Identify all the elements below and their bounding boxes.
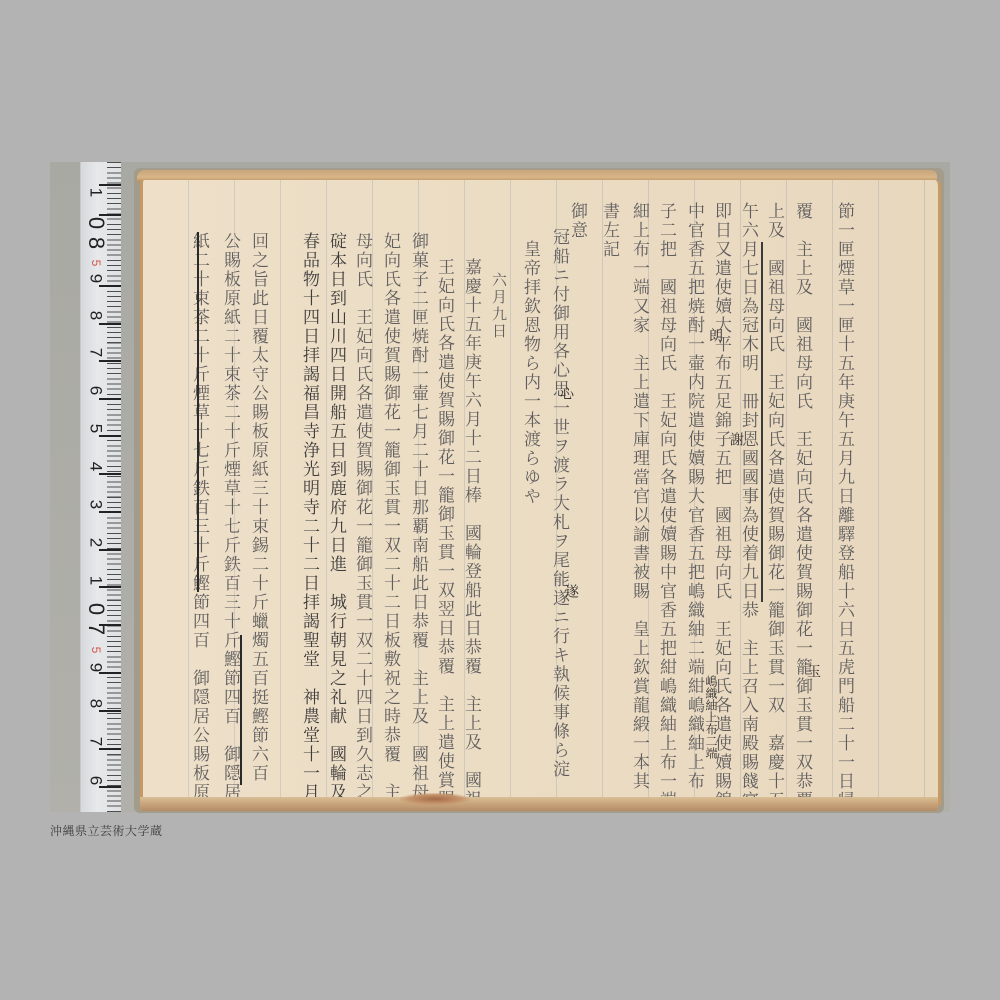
text-column: 春品物十四日拝謁福昌寺浄光明寺二十二日拝謁聖堂 神農堂十一月九日覆 許	[298, 232, 320, 805]
measuring-ruler: 1 0 8 5 9 8 7 6 5 4 3 2 1 0 7 5 9 8 7 6	[80, 162, 121, 812]
ruler-label: 8	[88, 305, 105, 327]
text-column: 冠船ニ付御用各心思一世ヲ渡ラ大札ヲ尾能遂ニ行キ執候事條ら淀	[548, 228, 570, 779]
ruler-label: 9	[88, 657, 105, 679]
text-column: 中官香五把焼酎一壷内院遣使嬻賜大官香五把嶋織紬二端紺嶋織紬上布一端線	[683, 202, 705, 805]
text-column: 午六月七日為冠木明 冊封恩國國事為使着九日恭 主上召入南殿賜餞宴	[737, 202, 759, 805]
annotation: 心	[556, 386, 576, 400]
text-column: 王妃向氏各遣使賀賜御花一籠御玉貫一双翌日恭覆 主上遣使賞賜船中用	[433, 258, 455, 805]
notebook-bottom-edge	[140, 797, 938, 811]
collection-caption: 沖縄県立芸術大学蔵	[50, 822, 163, 839]
ruler-label: 8	[88, 693, 105, 715]
ruler-label: 0	[85, 598, 107, 620]
text-column: 公賜板原紙二十束茶二十斤煙草十七斤鉄百三十斤鰹節四百 御隠居公賜板原	[219, 232, 241, 805]
page-tear	[400, 793, 470, 805]
strikethrough-line	[197, 232, 199, 592]
annotation: 玉	[803, 664, 823, 678]
ruler-label: 8	[85, 232, 107, 254]
ruler-label: 4	[88, 456, 105, 478]
annotation: 朗	[705, 328, 725, 342]
strikethrough-line	[240, 635, 242, 785]
manuscript-page: 節一匣煙草一匣十五年庚午五月九日離驛登船十六日五虎門船二十一日帰國此日恭 覆 主…	[140, 180, 941, 805]
ruler-label: 1	[88, 182, 105, 204]
text-column: 書左記	[598, 202, 620, 259]
ruler-label: 7	[88, 342, 105, 364]
text-column: 上及 國祖母向氏 王妃向氏各遣使賀賜御花一籠御玉貫一双 嘉慶十五年庚	[763, 202, 785, 805]
ruler-label: 7	[85, 618, 107, 640]
text-column: 妃向氏各遣使賀賜御花一籠御玉貫一双二十二日板敷祝之時恭覆 主上及 國祖	[379, 232, 401, 805]
text-column: 節一匣煙草一匣十五年庚午五月九日離驛登船十六日五虎門船二十一日帰國此日恭	[833, 202, 855, 805]
text-column: 子二把 國祖母向氏 王妃向氏各遣使嬻賜中官香五把紺嶋織紬上布一端嶋織	[655, 202, 677, 805]
ruler-label: 6	[88, 770, 105, 792]
ruler-label: 2	[88, 532, 105, 554]
annotation: 謝	[726, 432, 746, 446]
ruler-label: 5	[88, 418, 105, 440]
text-column: 覆 主上及 國祖母向氏 王妃向氏各遣使賀賜御花一籠御玉貫一双恭覆 主	[791, 202, 813, 805]
ruler-label: 6	[88, 380, 105, 402]
text-column: 回之旨此日覆太守公賜板原紙三十束錫二十斤蠟燭五百挺鰹節六百 大御隠居	[247, 232, 269, 805]
text-column: 母向氏 王妃向氏各遣使賀賜御花一籠御玉貫一双二十四日到久志之浦八月朔日起	[351, 232, 373, 805]
ruler-label: 7	[88, 731, 105, 753]
ruler-ticks	[107, 162, 121, 812]
text-column: 嘉慶十五年庚午六月十二日棒 國輪登船此日恭覆 主上及 國祖母向氏	[460, 258, 482, 805]
ruler-label: 9	[88, 268, 105, 290]
text-column: 御菓子二匣焼酎一壷七月二十日那覇南船此日恭覆 主上及 國祖母向氏 王	[407, 232, 429, 805]
text-column: 六月九日	[488, 272, 510, 340]
text-column: 細上布一端又家 主上遣下庫理當官以諭書被賜 皇上欽賞龍緞一本其	[628, 202, 650, 791]
ruler-label: 1	[88, 570, 105, 592]
text-column-struck: 紙二十束茶二十斤煙草十七斤鉄百三十斤鰹節四百 御隠居公賜板原紙二	[188, 232, 210, 805]
annotation: 嶋織紬上布二端	[703, 675, 720, 759]
bracket-line	[761, 242, 763, 602]
ruler-label: 3	[88, 494, 105, 516]
text-column: 皇帝拝欽恩物ら内一本渡らゆや	[519, 240, 541, 506]
text-column: 碇本日到山川四日開船五日到鹿府九日進 城行朝見之礼献 國輪及方物又献安	[325, 232, 347, 805]
annotation: 遂	[561, 584, 581, 598]
ruler-label: 0	[85, 212, 107, 234]
